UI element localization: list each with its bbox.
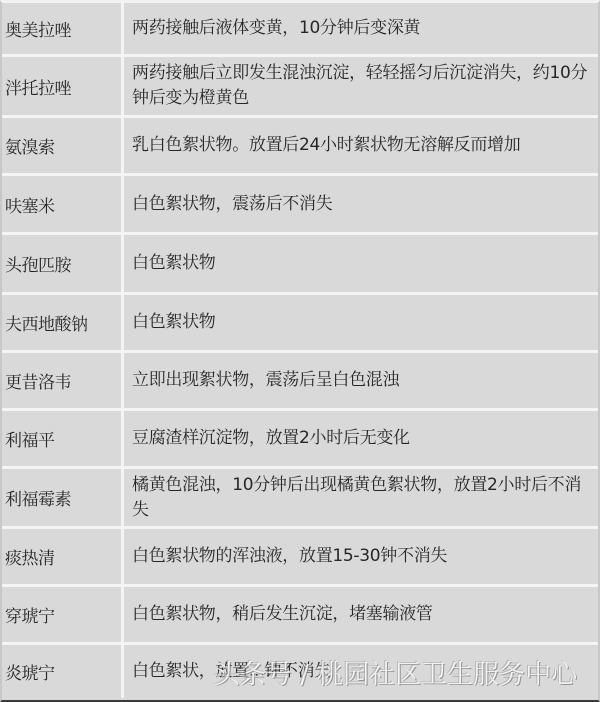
table-row: 泮托拉唑两药接触后立即发生混浊沉淀，轻轻摇匀后沉淀消失，约10分钟后变为橙黄色 — [2, 57, 598, 118]
phenomenon-cell: 白色絮状物 — [124, 235, 598, 292]
drug-name-cell: 痰热清 — [2, 529, 124, 584]
phenomenon-cell: 两药接触后立即发生混浊沉淀，轻轻摇匀后沉淀消失，约10分钟后变为橙黄色 — [124, 57, 598, 115]
phenomenon-cell: 白色絮状物 — [124, 295, 598, 350]
drug-name-cell: 氨溴索 — [2, 118, 124, 173]
table-row: 夫西地酸钠白色絮状物 — [2, 295, 598, 353]
drug-name-cell: 夫西地酸钠 — [2, 295, 124, 350]
table-row: 氨溴索乳白色絮状物。放置后24小时絮状物无溶解反而增加 — [2, 118, 598, 176]
phenomenon-cell: 白色絮状物，稍后发生沉淀，堵塞输液管 — [124, 587, 598, 642]
drug-name-cell: 更昔洛韦 — [2, 353, 124, 408]
phenomenon-cell: 白色絮状，放置...钟不消失 — [124, 645, 598, 698]
drug-name-cell: 奥美拉唑 — [2, 3, 124, 54]
table-row: 穿琥宁白色絮状物，稍后发生沉淀，堵塞输液管 — [2, 587, 598, 645]
phenomenon-cell: 白色絮状物的浑浊液，放置15-30钟不消失 — [124, 529, 598, 584]
phenomenon-cell: 乳白色絮状物。放置后24小时絮状物无溶解反而增加 — [124, 118, 598, 173]
drug-name-cell: 泮托拉唑 — [2, 57, 124, 115]
incompatibility-table: 奥美拉唑两药接触后液体变黄，10分钟后变深黄泮托拉唑两药接触后立即发生混浊沉淀，… — [0, 0, 600, 702]
table-row: 头孢匹胺白色絮状物 — [2, 235, 598, 295]
drug-name-cell: 利福霉素 — [2, 469, 124, 526]
drug-name-cell: 头孢匹胺 — [2, 235, 124, 292]
phenomenon-cell: 橘黄色混浊，10分钟后出现橘黄色絮状物，放置2小时后不消失 — [124, 469, 598, 526]
table-row: 利福霉素橘黄色混浊，10分钟后出现橘黄色絮状物，放置2小时后不消失 — [2, 469, 598, 529]
table-row: 炎琥宁白色絮状，放置...钟不消失 — [2, 645, 598, 698]
phenomenon-cell: 两药接触后液体变黄，10分钟后变深黄 — [124, 3, 598, 54]
drug-name-cell: 炎琥宁 — [2, 645, 124, 698]
table-row: 呋塞米白色絮状物，震荡后不消失 — [2, 176, 598, 235]
drug-name-cell: 穿琥宁 — [2, 587, 124, 642]
phenomenon-cell: 白色絮状物，震荡后不消失 — [124, 176, 598, 232]
phenomenon-cell: 豆腐渣样沉淀物，放置2小时后无变化 — [124, 411, 598, 466]
table-row: 利福平豆腐渣样沉淀物，放置2小时后无变化 — [2, 411, 598, 469]
phenomenon-cell: 立即出现絮状物，震荡后呈白色混浊 — [124, 353, 598, 408]
table-row: 痰热清白色絮状物的浑浊液，放置15-30钟不消失 — [2, 529, 598, 587]
drug-name-cell: 呋塞米 — [2, 176, 124, 232]
table-row: 更昔洛韦立即出现絮状物，震荡后呈白色混浊 — [2, 353, 598, 411]
table-row: 奥美拉唑两药接触后液体变黄，10分钟后变深黄 — [2, 3, 598, 57]
drug-name-cell: 利福平 — [2, 411, 124, 466]
